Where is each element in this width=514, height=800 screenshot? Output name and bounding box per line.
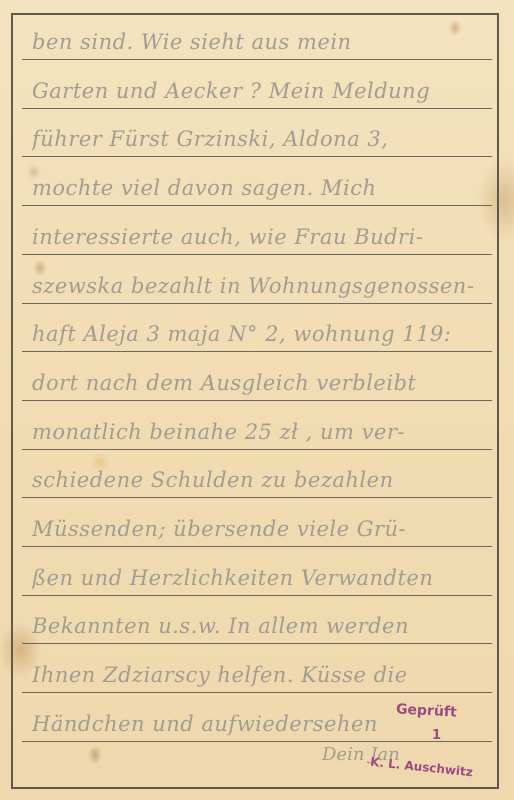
ruled-line xyxy=(22,497,492,498)
ruled-line xyxy=(22,643,492,644)
ruled-line xyxy=(22,546,492,547)
handwritten-line: mochte viel davon sagen. Mich xyxy=(32,176,492,200)
handwritten-line: ßen und Herzlichkeiten Verwandten xyxy=(32,566,492,590)
handwritten-line: führer Fürst Grzinski, Aldona 3, xyxy=(32,127,492,151)
ruled-line xyxy=(22,205,492,206)
ruled-line xyxy=(22,741,492,742)
handwritten-line: szewska bezahlt in Wohnungsgenossen- xyxy=(32,274,492,298)
handwritten-line: dort nach dem Ausgleich verbleibt xyxy=(32,371,492,395)
handwritten-line: interessierte auch, wie Frau Budri- xyxy=(32,225,492,249)
handwritten-line: Ihnen Zdziarscy helfen. Küsse die xyxy=(32,663,492,687)
ruled-line xyxy=(22,59,492,60)
handwritten-line: monatlich beinahe 25 zł , um ver- xyxy=(32,420,492,444)
handwritten-line: Müssenden; übersende viele Grü- xyxy=(32,517,492,541)
ruled-line xyxy=(22,351,492,352)
ruled-line xyxy=(22,108,492,109)
handwritten-line: Garten und Aecker ? Mein Meldung xyxy=(32,79,492,103)
ruled-line xyxy=(22,303,492,304)
ruled-line xyxy=(22,156,492,157)
handwritten-line: schiedene Schulden zu bezahlen xyxy=(32,468,492,492)
ruled-line xyxy=(22,449,492,450)
handwritten-line: ben sind. Wie sieht aus mein xyxy=(32,30,492,54)
censor-stamp-checked: Geprüft xyxy=(396,701,457,720)
handwritten-line: haft Aleja 3 maja N° 2, wohnung 119: xyxy=(32,322,492,346)
ruled-line xyxy=(22,595,492,596)
ruled-line xyxy=(22,254,492,255)
ruled-line xyxy=(22,692,492,693)
handwritten-line: Bekannten u.s.w. In allem werden xyxy=(32,614,492,638)
ruled-line xyxy=(22,400,492,401)
censor-stamp-number: 1 xyxy=(432,728,441,743)
